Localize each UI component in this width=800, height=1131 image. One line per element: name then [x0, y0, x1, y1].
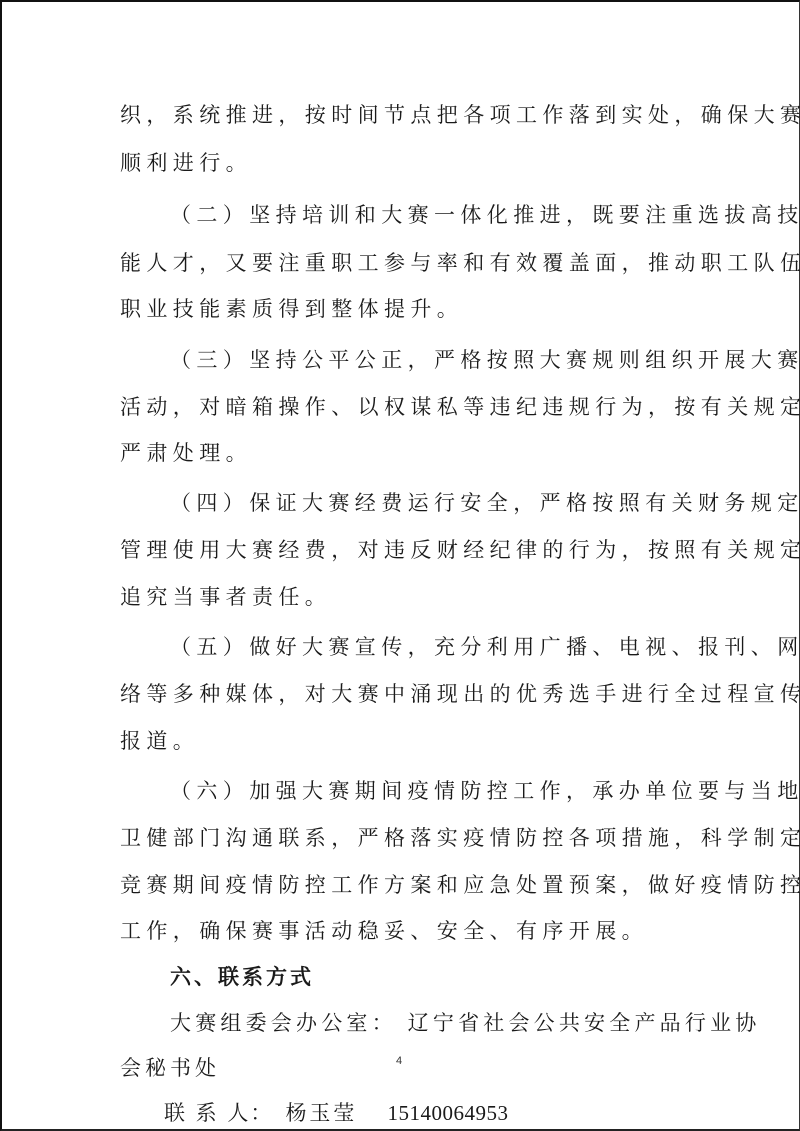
section-heading-contact: 六、联系方式: [170, 962, 314, 992]
page-number: 4: [396, 1055, 402, 1067]
item-two-line: 职业技能素质得到整体提升。: [120, 294, 463, 324]
item-five-line: 络等多种媒体，对大赛中涌现出的优秀选手进行全过程宣传: [120, 679, 800, 709]
contact-person-row: 联 系 人： 杨玉莹 15140064953: [164, 1098, 509, 1128]
contact-phone: 15140064953: [388, 1101, 509, 1125]
contact-person-label: 联 系 人：: [164, 1101, 273, 1125]
paragraph-continuation-line: 顺利进行。: [120, 148, 252, 178]
contact-person-name: 杨玉莹: [285, 1101, 357, 1125]
item-three-line: 严肃处理。: [120, 438, 252, 468]
paragraph-continuation-line: 织，系统推进，按时间节点把各项工作落到实处，确保大赛: [120, 100, 800, 130]
item-three-line: 活动，对暗箱操作、以权谋私等违纪违规行为，按有关规定: [120, 392, 800, 422]
document-page: 织，系统推进，按时间节点把各项工作落到实处，确保大赛 顺利进行。 （二）坚持培训…: [0, 0, 800, 1131]
item-five-line: （五）做好大赛宣传，充分利用广播、电视、报刊、网: [170, 632, 800, 662]
item-six-line: 竞赛期间疫情防控工作方案和应急处置预案，做好疫情防控: [120, 870, 800, 900]
item-six-line: 卫健部门沟通联系，严格落实疫情防控各项措施，科学制定: [120, 823, 800, 853]
item-three-line: （三）坚持公平公正，严格按照大赛规则组织开展大赛: [170, 345, 800, 375]
item-two-line: 能人才，又要注重职工参与率和有效覆盖面，推动职工队伍: [120, 248, 800, 278]
contact-office-line: 大赛组委会办公室： 辽宁省社会公共安全产品行业协: [170, 1008, 760, 1038]
item-five-line: 报道。: [120, 726, 199, 756]
item-two-line: （二）坚持培训和大赛一体化推进，既要注重选拔高技: [170, 200, 800, 230]
item-six-line: 工作，确保赛事活动稳妥、安全、有序开展。: [120, 916, 648, 946]
item-four-line: （四）保证大赛经费运行安全，严格按照有关财务规定: [170, 488, 800, 518]
item-four-line: 追究当事者责任。: [120, 582, 331, 612]
item-four-line: 管理使用大赛经费，对违反财经纪律的行为，按照有关规定: [120, 535, 800, 565]
contact-office-line: 会秘书处: [120, 1053, 220, 1083]
item-six-line: （六）加强大赛期间疫情防控工作，承办单位要与当地: [170, 776, 800, 806]
